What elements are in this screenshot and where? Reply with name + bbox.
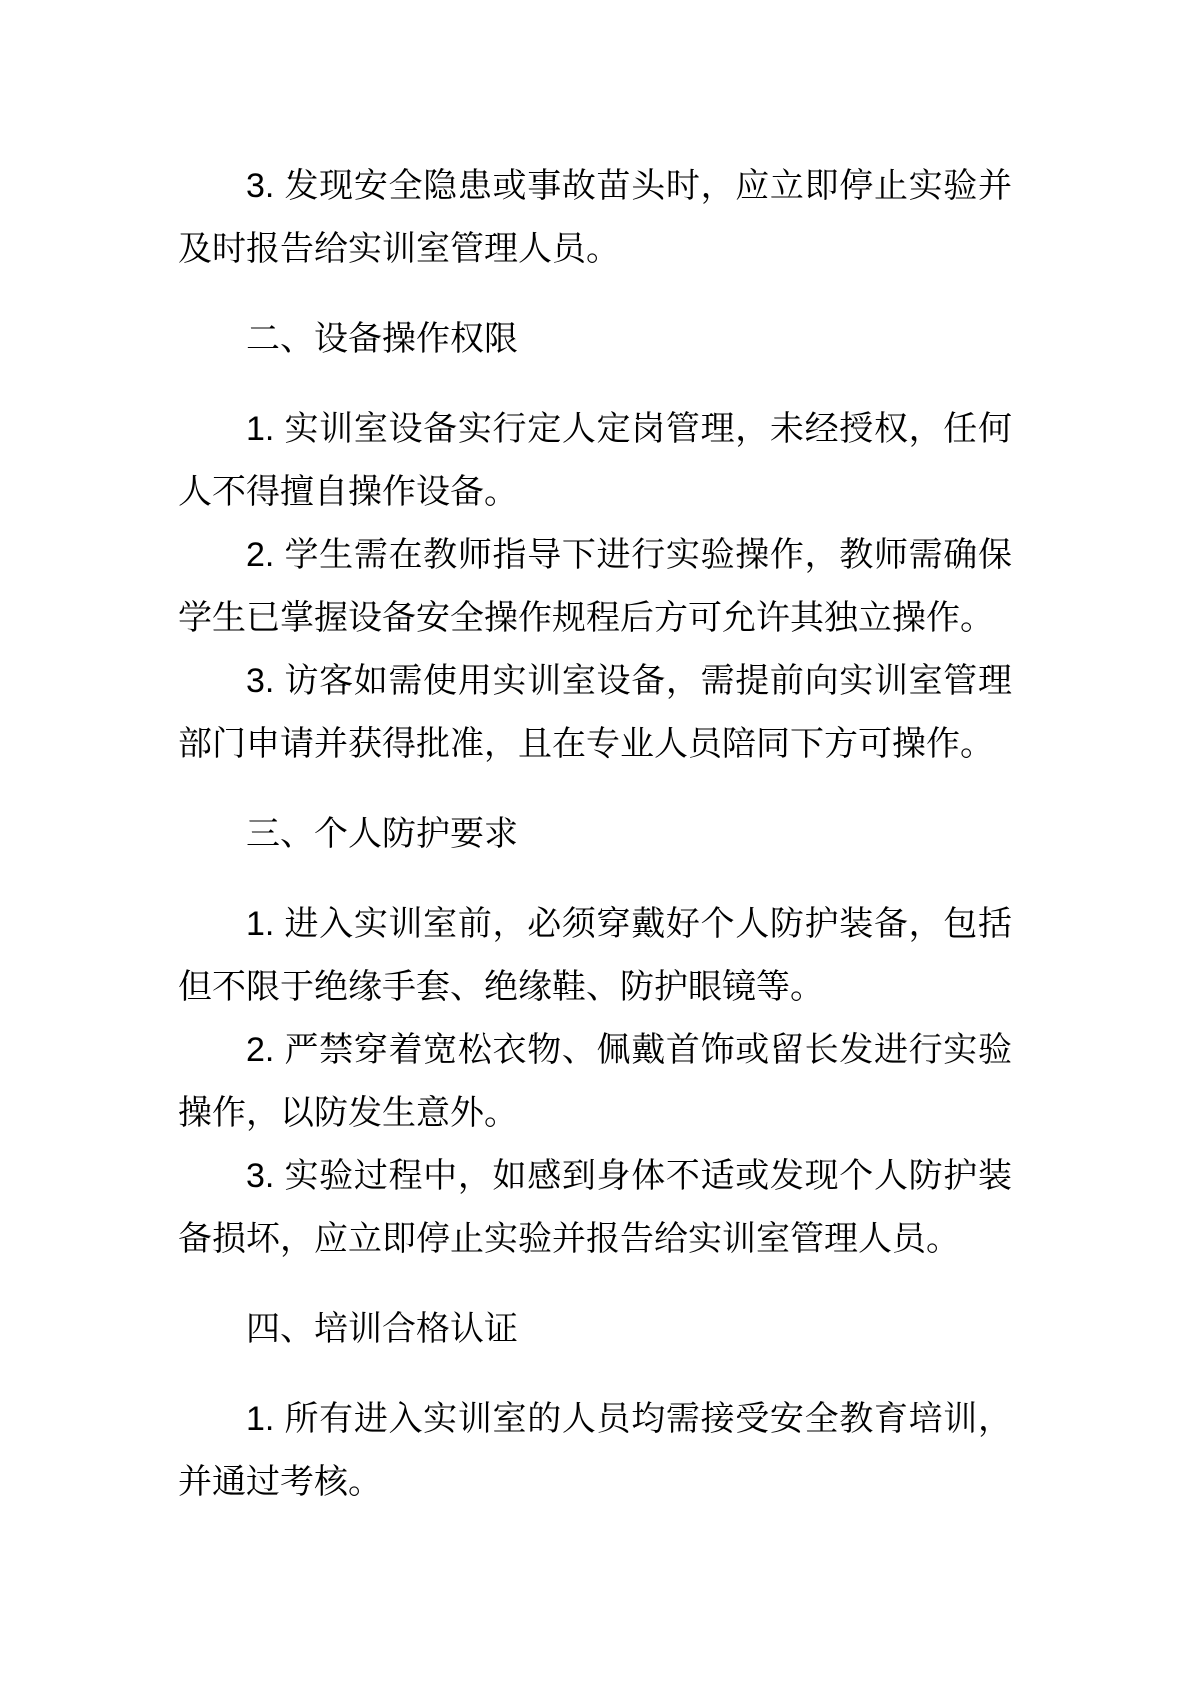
paragraph: 2. 严禁穿着宽松衣物、佩戴首饰或留长发进行实验操作，以防发生意外。	[178, 1019, 1012, 1145]
document-body: 3. 发现安全隐患或事故苗头时，应立即停止实验并及时报告给实训室管理人员。二、设…	[178, 155, 1012, 1514]
paragraph: 3. 发现安全隐患或事故苗头时，应立即停止实验并及时报告给实训室管理人员。	[178, 155, 1012, 281]
paragraph: 3. 实验过程中，如感到身体不适或发现个人防护装备损坏，应立即停止实验并报告给实…	[178, 1145, 1012, 1271]
paragraph: 1. 进入实训室前，必须穿戴好个人防护装备，包括但不限于绝缘手套、绝缘鞋、防护眼…	[178, 893, 1012, 1019]
paragraph: 1. 所有进入实训室的人员均需接受安全教育培训，并通过考核。	[178, 1388, 1012, 1514]
paragraph: 3. 访客如需使用实训室设备，需提前向实训室管理部门申请并获得批准，且在专业人员…	[178, 650, 1012, 776]
document-page: 3. 发现安全隐患或事故苗头时，应立即停止实验并及时报告给实训室管理人员。二、设…	[0, 0, 1190, 1683]
section-heading: 二、设备操作权限	[178, 308, 1012, 371]
section-heading: 四、培训合格认证	[178, 1298, 1012, 1361]
paragraph: 2. 学生需在教师指导下进行实验操作，教师需确保学生已掌握设备安全操作规程后方可…	[178, 524, 1012, 650]
paragraph: 1. 实训室设备实行定人定岗管理，未经授权，任何人不得擅自操作设备。	[178, 398, 1012, 524]
section-heading: 三、个人防护要求	[178, 803, 1012, 866]
